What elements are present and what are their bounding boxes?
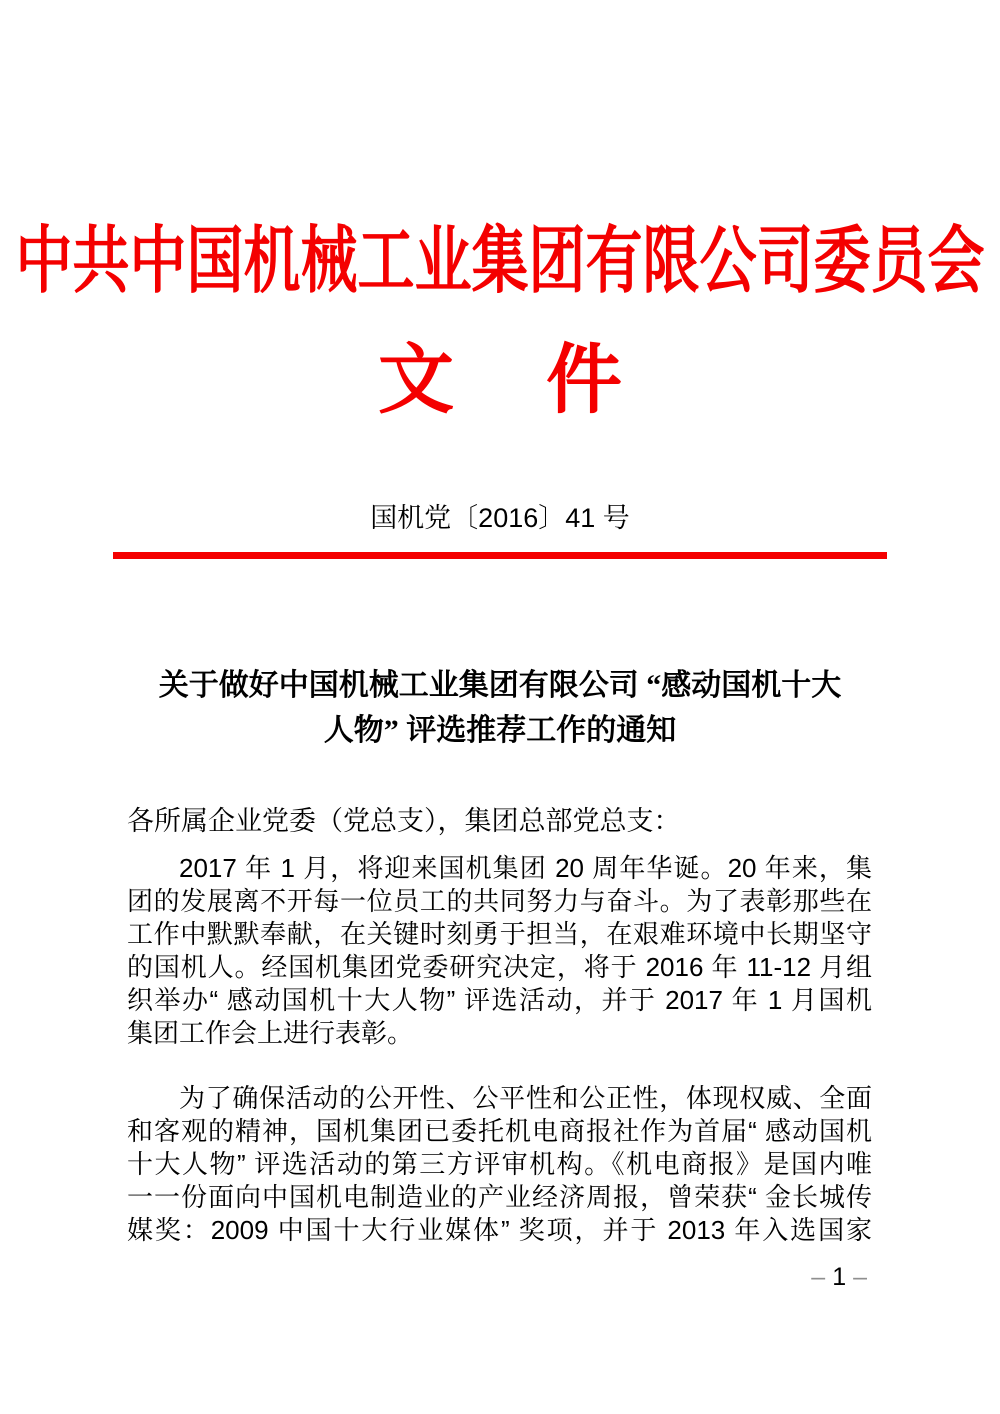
- doc-type-char-jian: 件: [546, 338, 622, 424]
- page-number-right-dash: –: [846, 1263, 874, 1291]
- paragraph-1-line-2: 团的发展离不开每一位员工的共同努力与奋斗。为了表彰那些在: [127, 885, 872, 918]
- document-number: 国机党〔2016〕41 号: [0, 500, 1000, 536]
- document-page: 中共中国机械工业集团有限公司委员会 文 件 国机党〔2016〕41 号 关于做好…: [0, 0, 1000, 1414]
- paragraph-2-line-1: 为了确保活动的公开性、公平性和公正性，体现权威、全面: [127, 1082, 872, 1115]
- page-number-left-dash: –: [804, 1263, 832, 1291]
- paragraph-2-line-2: 和客观的精神，国机集团已委托机电商报社作为首届“ 感动国机: [127, 1115, 872, 1148]
- paragraph-1: 2017 年 1 月，将迎来国机集团 20 周年华诞。20 年来，集 团的发展离…: [127, 852, 872, 1050]
- document-title: 关于做好中国机械工业集团有限公司 “感动国机十大 人物” 评选推荐工作的通知: [0, 663, 1000, 753]
- page-number: –1–: [804, 1262, 874, 1292]
- paragraph-1-line-4: 的国机人。经国机集团党委研究决定，将于 2016 年 11-12 月组: [127, 951, 872, 984]
- paragraph-2-line-5: 媒奖：2009 中国十大行业媒体” 奖项，并于 2013 年入选国家: [127, 1214, 872, 1247]
- document-title-line2: 人物” 评选推荐工作的通知: [0, 708, 1000, 753]
- paragraph-1-line-6: 集团工作会上进行表彰。: [127, 1017, 872, 1050]
- doc-type-char-wen: 文: [378, 338, 454, 424]
- document-title-line1: 关于做好中国机械工业集团有限公司 “感动国机十大: [0, 663, 1000, 708]
- salutation-line: 各所属企业党委（党总支），集团总部党总支：: [127, 804, 877, 838]
- paragraph-1-line-1: 2017 年 1 月，将迎来国机集团 20 周年华诞。20 年来，集: [127, 852, 872, 885]
- paragraph-2-line-3: 十大人物” 评选活动的第三方评审机构。《机电商报》是国内唯: [127, 1148, 872, 1181]
- paragraph-1-line-3: 工作中默默奉献，在关键时刻勇于担当，在艰难环境中长期坚守: [127, 918, 872, 951]
- page-number-value: 1: [832, 1263, 846, 1291]
- paragraph-2: 为了确保活动的公开性、公平性和公正性，体现权威、全面 和客观的精神，国机集团已委…: [127, 1082, 872, 1247]
- paragraph-1-line-5: 织举办“ 感动国机十大人物” 评选活动，并于 2017 年 1 月国机: [127, 984, 872, 1017]
- red-header-org-name: 中共中国机械工业集团有限公司委员会: [0, 224, 1000, 301]
- doc-type-wenjian: 文 件: [0, 338, 1000, 424]
- paragraph-2-line-4: 一一份面向中国机电制造业的产业经济周报，曾荣获“ 金长城传: [127, 1181, 872, 1214]
- red-divider-line: [113, 552, 887, 559]
